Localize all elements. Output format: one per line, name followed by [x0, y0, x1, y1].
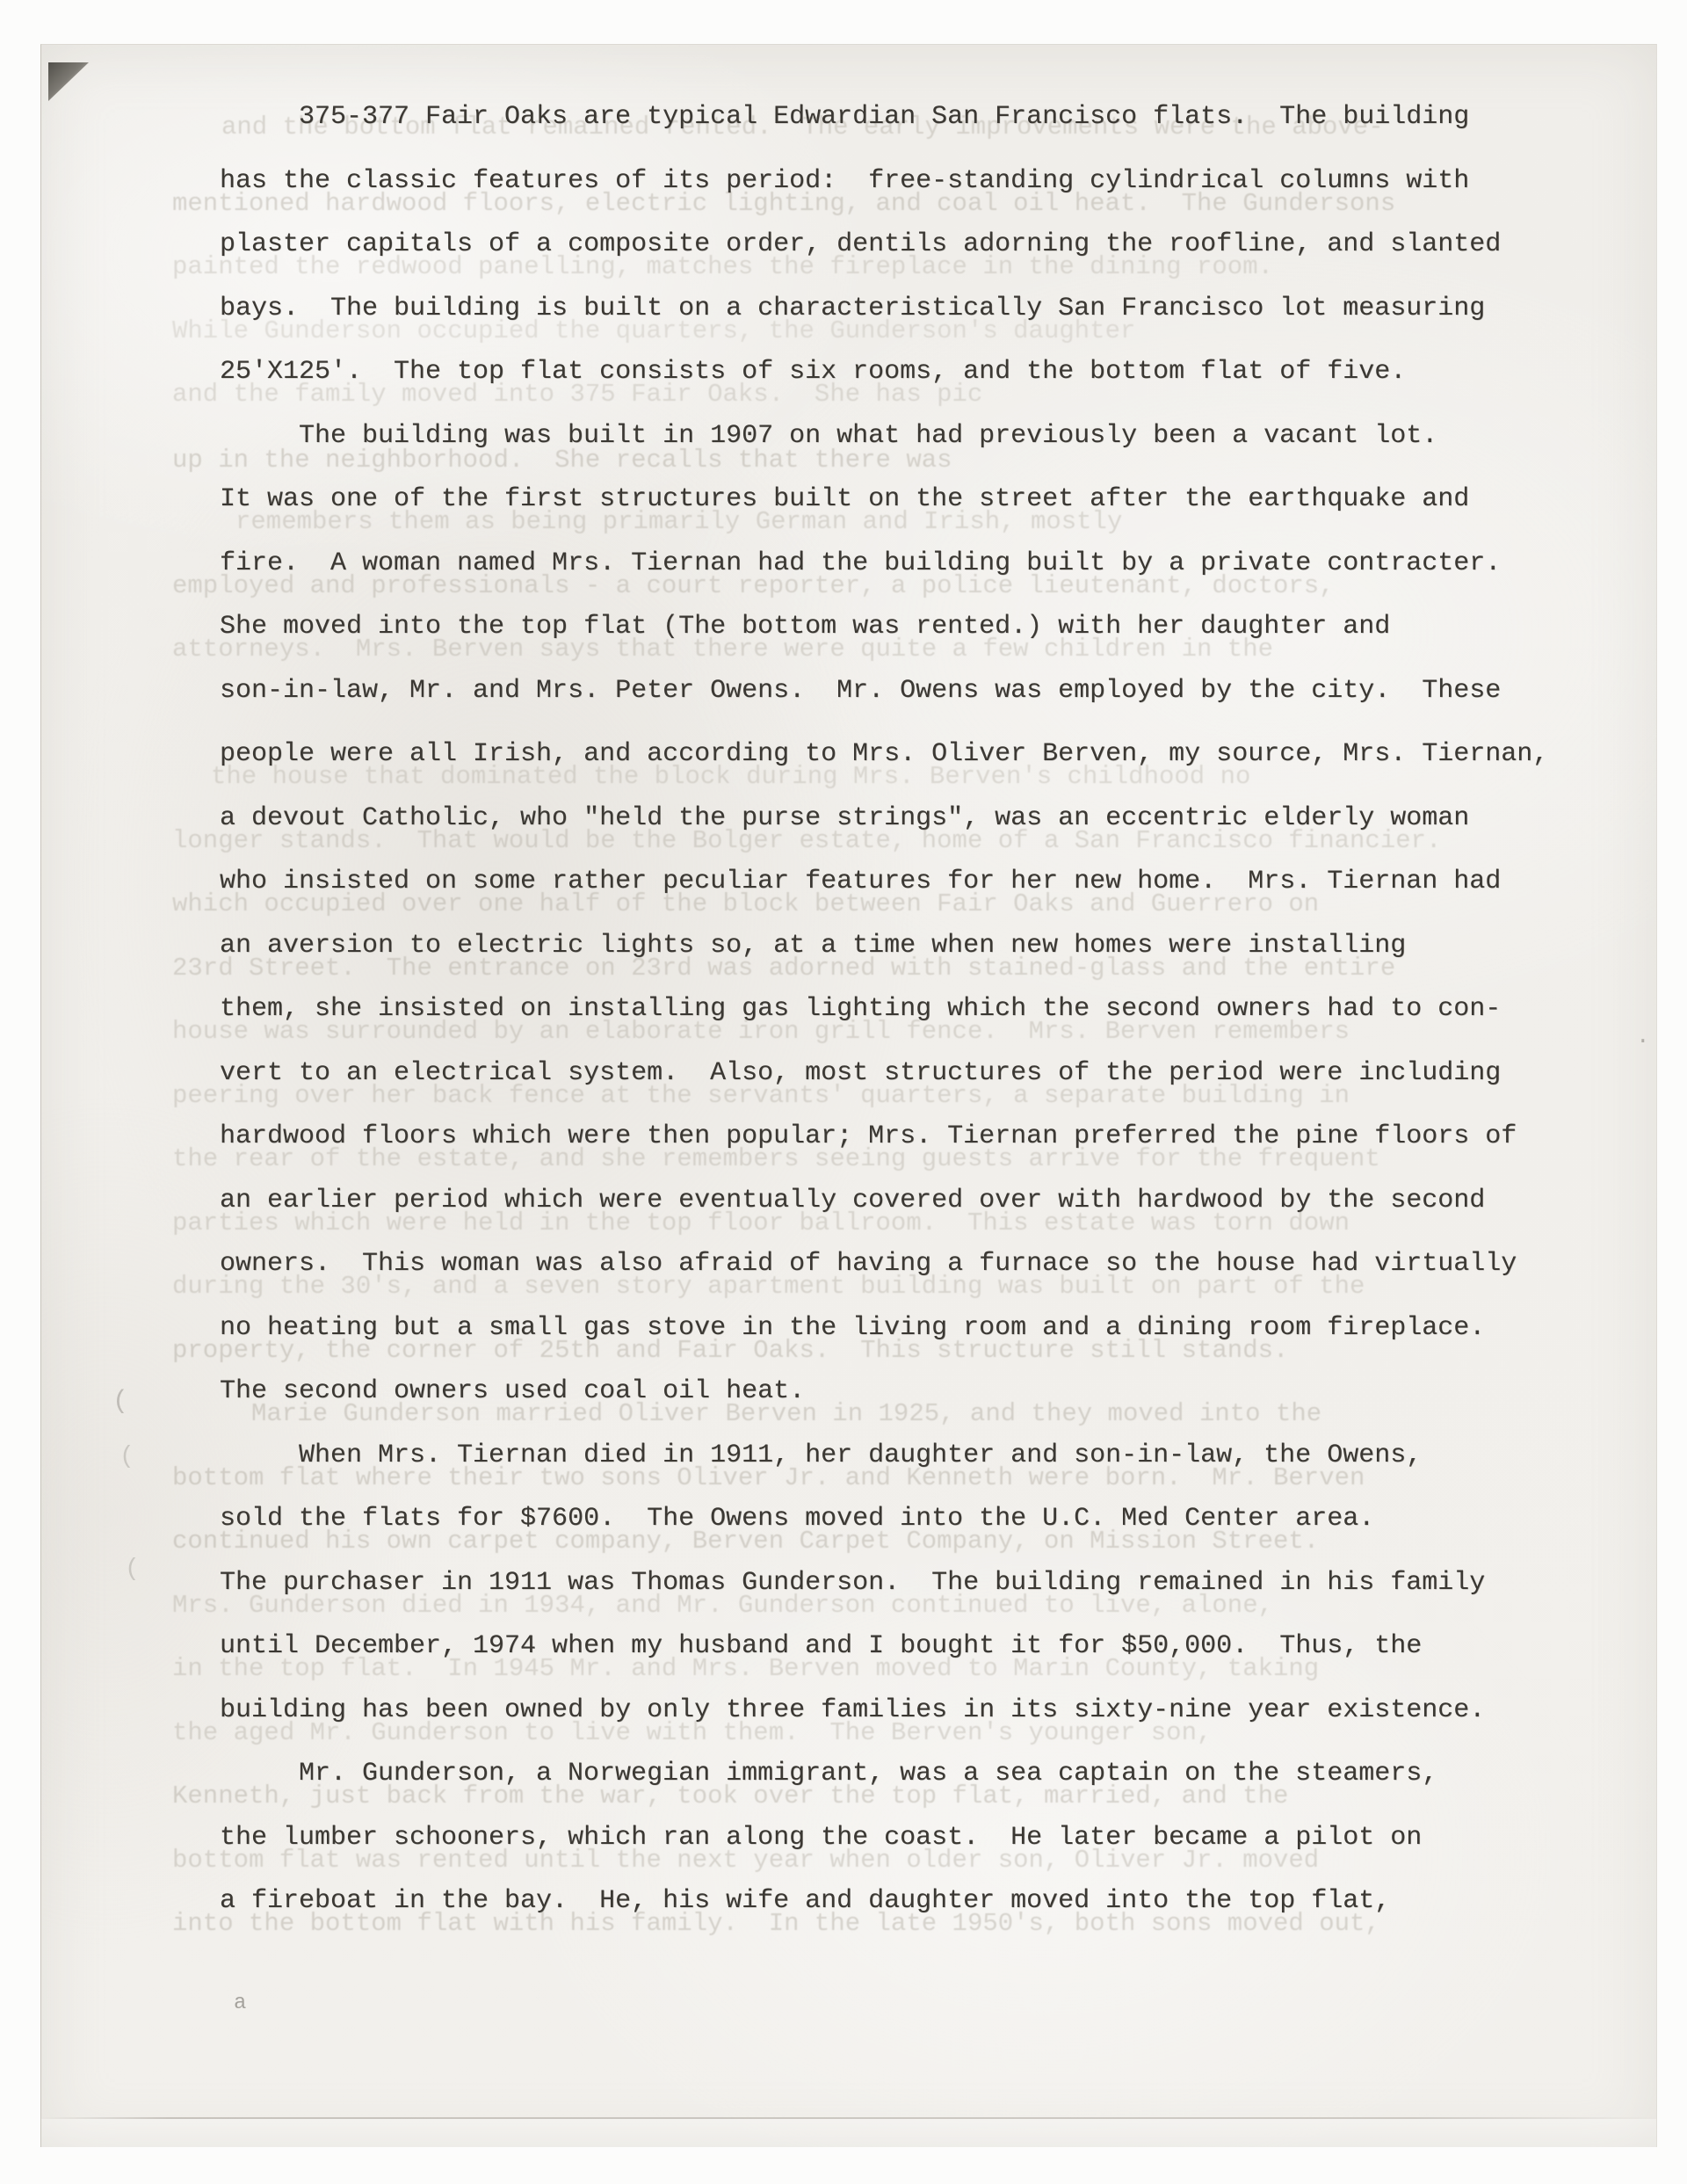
- scanned-document-page: and the bottom flat remained rented. The…: [0, 0, 1687, 2184]
- paper-sheet: [40, 44, 1657, 2147]
- crease-line: [41, 2117, 1656, 2119]
- corner-fold-artifact: [48, 62, 89, 101]
